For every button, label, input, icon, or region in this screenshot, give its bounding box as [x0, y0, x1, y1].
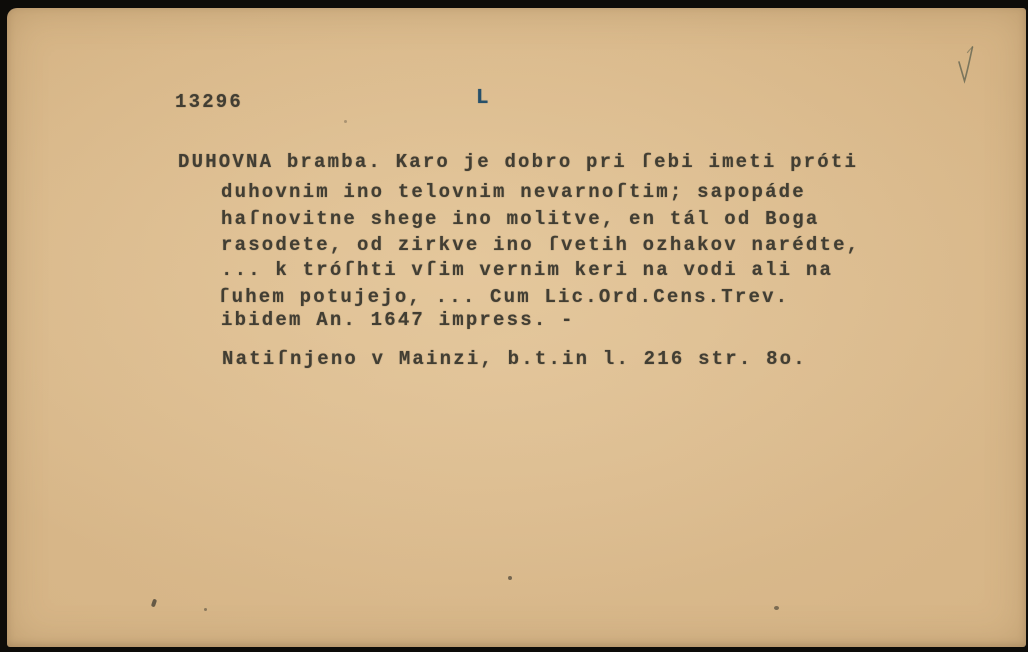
classification-letter: L: [476, 88, 491, 110]
ink-speck: [204, 608, 207, 611]
ink-speck: [774, 606, 779, 610]
catalog-number: 13296: [175, 91, 243, 113]
entry-line: ibidem An. 1647 impress. -: [221, 309, 575, 331]
entry-line: ... k tróſhti vſim vernim keri na vodi a…: [221, 259, 833, 281]
ink-speck: [344, 120, 347, 123]
imprint-line: Natiſnjeno v Mainzi, b.t.in l. 216 str. …: [222, 348, 807, 370]
entry-line: ſuhem potujejo, ... Cum Lic.Ord.Cens.Tre…: [218, 286, 789, 308]
entry-line: DUHOVNA bramba. Karo je dobro pri ſebi i…: [178, 151, 858, 173]
scanned-catalog-card-page: 13296 L DUHOVNA bramba. Karo je dobro pr…: [0, 0, 1028, 652]
entry-line: rasodete, od zirkve ino ſvetih ozhakov n…: [221, 234, 860, 256]
entry-line: haſnovitne shege ino molitve, en tál od …: [221, 208, 819, 230]
checkmark-annotation: [945, 38, 991, 94]
ink-speck: [508, 576, 512, 580]
entry-line: duhovnim ino telovnim nevarnoſtim; sapop…: [221, 181, 806, 203]
